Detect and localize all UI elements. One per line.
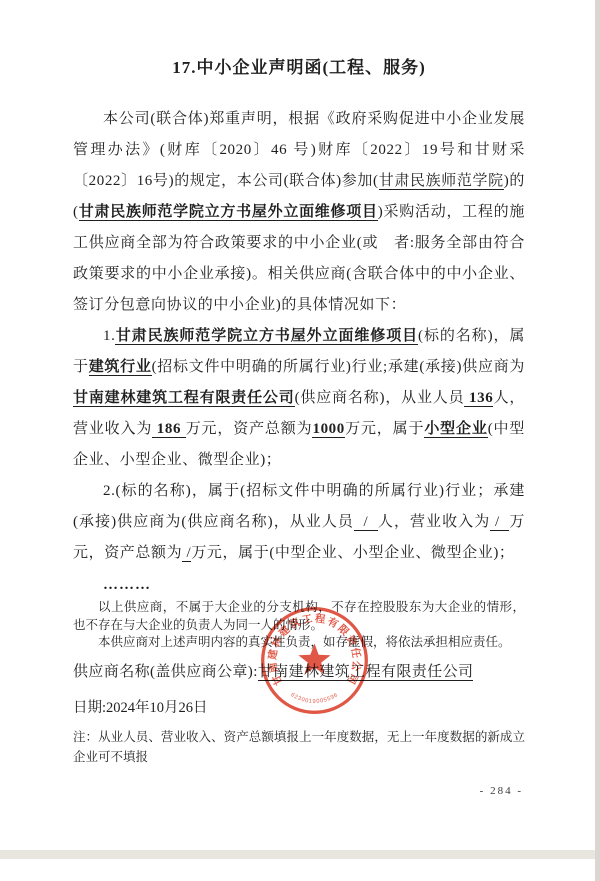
text-segment: (供应商名称)，从业人员 xyxy=(295,390,465,406)
supplier-label: 供应商名称(盖供应商公章): xyxy=(73,664,258,680)
item1-paragraph: 1.甘肃民族师范学院立方书屋外立面维修项目(标的名称)，属于建筑行业(招标文件中… xyxy=(73,321,525,476)
document-page: 17.中小企业声明函(工程、服务) 本公司(联合体)郑重声明，根据《政府采购促进… xyxy=(0,0,595,850)
employees-blank: / xyxy=(354,514,378,531)
page-separator-band xyxy=(0,850,595,859)
underlined-industry: 建筑行业 xyxy=(89,359,152,376)
item2-paragraph: 2.(标的名称)，属于(招标文件中明确的所属行业)行业；承建(承接)供应商为(供… xyxy=(73,476,525,569)
intro-paragraph: 本公司(联合体)郑重声明，根据《政府采购促进中小企业发展管理办法》(财库〔202… xyxy=(73,104,525,321)
item-number: 1. xyxy=(103,328,115,344)
underlined-project-name: 甘肃民族师范学院立方书屋外立面维修项目 xyxy=(79,204,378,221)
right-edge-strip xyxy=(595,0,600,881)
text-segment: 人，营业收入为 xyxy=(378,514,490,530)
underlined-project-name: 甘肃民族师范学院立方书屋外立面维修项目 xyxy=(115,328,418,345)
underlined-purchaser-name: 甘肃民族师范学院 xyxy=(379,173,504,190)
page-number: - 284 - xyxy=(480,785,523,797)
footnote: 注：从业人员、营业收入、资产总额填报上一年度数据，无上一年度数据的新成立企业可不… xyxy=(73,727,525,767)
revenue-blank: / xyxy=(490,514,509,531)
declaration-note-2: 本供应商对上述声明内容的真实性负责，如存虚假，将依法承担相应责任。 xyxy=(73,634,525,652)
text-segment: (招标文件中明确的所属行业)行业;承建(承接)供应商为 xyxy=(152,359,525,375)
date-line: 日期:2024年10月26日 xyxy=(73,697,525,719)
assets-blank: / xyxy=(182,545,191,562)
supplier-signature-line: 供应商名称(盖供应商公章):甘南建林建筑工程有限责任公司 xyxy=(73,659,525,685)
underlined-supplier-name: 甘南建林建筑工程有限责任公司 xyxy=(73,390,295,407)
revenue-value: 186 xyxy=(152,421,186,438)
text-segment: 万元，资产总额为 xyxy=(186,421,313,437)
page-title: 17.中小企业声明函(工程、服务) xyxy=(73,56,525,80)
text-segment: 万元，属于(中型企业、小型企业、微型企业)； xyxy=(191,545,514,561)
declaration-note-1: 以上供应商，不属于大企业的分支机构，不存在控股股东为大企业的情形， 也不存在与大… xyxy=(73,599,525,634)
ellipsis-line: ……… xyxy=(73,577,525,593)
text-segment: 万元，属于 xyxy=(345,421,424,437)
supplier-name-underlined: 甘南建林建筑工程有限责任公司 xyxy=(258,664,474,681)
assets-value: 1000 xyxy=(312,421,344,438)
employees-value: 136 xyxy=(464,390,493,407)
enterprise-type-value: 小型企业 xyxy=(424,421,487,438)
